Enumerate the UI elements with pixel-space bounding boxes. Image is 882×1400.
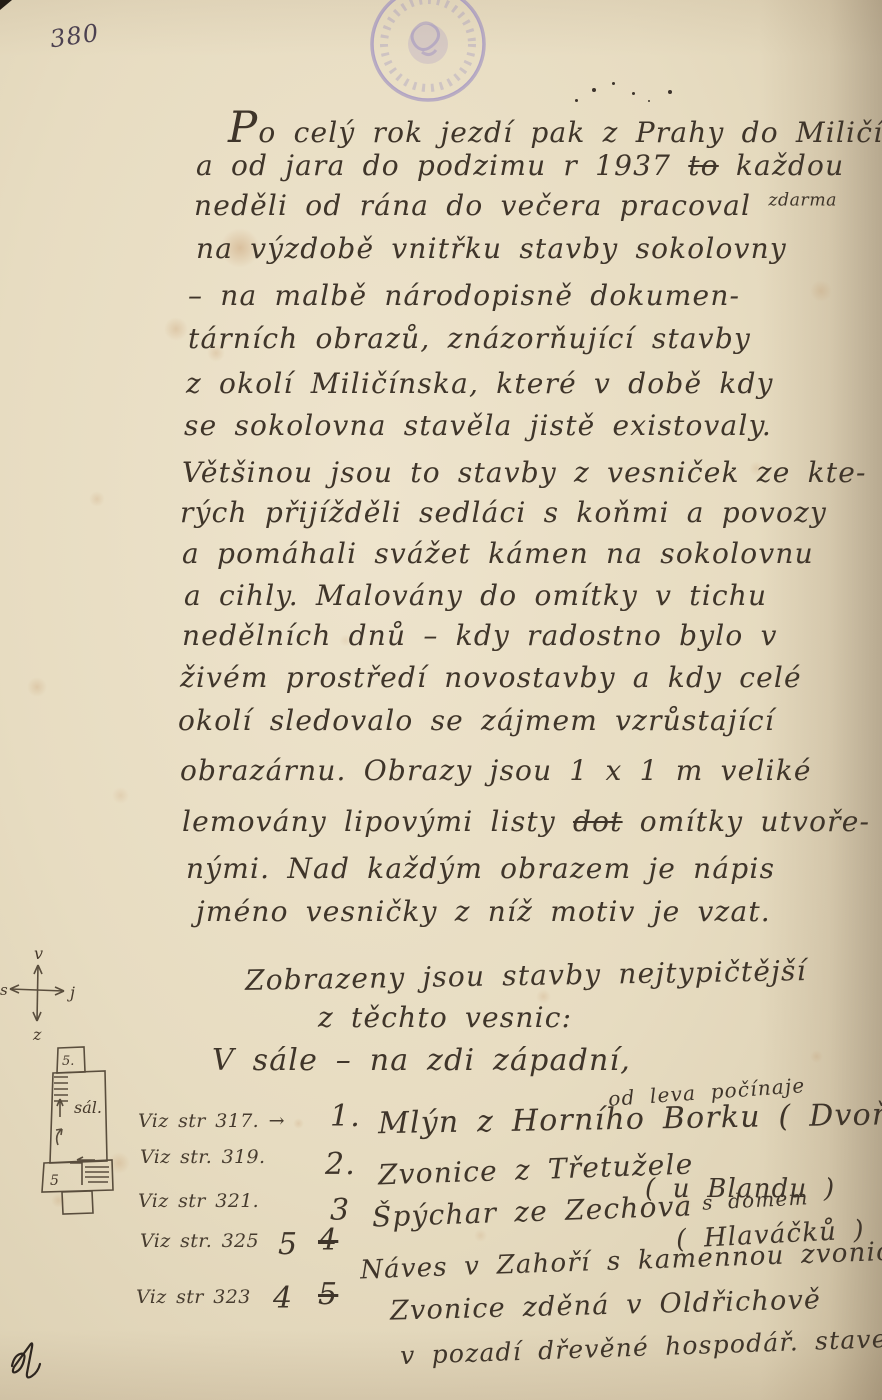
foxing-spot: [89, 491, 105, 507]
compass-label-right: j: [67, 983, 75, 1002]
section-heading: V sále – na zdi západní,: [212, 1046, 631, 1076]
plan-hall-label: sál.: [74, 1098, 102, 1117]
foxing-spot: [474, 1229, 487, 1242]
list-item-number: 4: [273, 1284, 293, 1314]
ink-speck: [575, 99, 578, 102]
corner-monogram: [8, 1338, 54, 1390]
plan-room-label: 5.: [62, 1054, 74, 1069]
list-item-text: Zvonice zděná v Oldřichově: [390, 1286, 822, 1324]
ink-speck: [648, 100, 650, 102]
list-item-struck-number: 4: [318, 1226, 338, 1256]
list-item-number: 2.: [325, 1150, 356, 1180]
centered-line: Zobrazeny jsou stavby nejtypičtější: [245, 957, 807, 995]
margin-note: Viz str 321.: [138, 1192, 259, 1211]
list-item-number: 3: [330, 1196, 350, 1226]
plan-room-label: 5: [50, 1173, 59, 1189]
ink-speck: [668, 90, 672, 94]
manuscript-line: z okolí Miličínska, které v době kdy: [186, 370, 774, 398]
list-item-number: 5: [278, 1230, 298, 1260]
foxing-spot: [810, 1050, 823, 1063]
municipal-stamp-icon: [360, 0, 496, 116]
list-item-aside: s domem: [702, 1187, 810, 1213]
manuscript-line: jméno vesničky z níž motiv je vzat.: [196, 898, 771, 926]
manuscript-line: rých přijížděli sedláci s koňmi a povozy: [180, 499, 827, 527]
list-item-struck-number: 5: [318, 1280, 338, 1310]
manuscript-line: Po celý rok jezdí pak z Prahy do Miličín…: [228, 107, 882, 150]
compass-label-bottom: z: [32, 1025, 42, 1044]
manuscript-line: živém prostředí novostavby a kdy celé: [180, 664, 802, 692]
foxing-spot: [293, 1118, 304, 1129]
compass-label-left: s: [0, 981, 8, 999]
list-item-text: Mlýn z Horního Borku ( Dvořáků ): [378, 1099, 882, 1139]
list-item-text: Náves v Zahoří s kamennou zvonicí: [360, 1239, 882, 1284]
margin-note: Viz str. 325: [140, 1232, 259, 1251]
ink-speck: [592, 88, 596, 92]
foxing-spot: [112, 787, 129, 804]
manuscript-line: a od jara do podzimu r 1937 to každou: [196, 152, 844, 180]
manuscript-line: lemovány lipovými listy dot omítky utvoř…: [182, 808, 870, 836]
scan-edge-artifact: [0, 0, 12, 10]
compass-label-top: v: [34, 945, 43, 963]
manuscript-line: obrazárnu. Obrazy jsou 1 x 1 m veliké: [180, 757, 812, 785]
manuscript-line: se sokolovna stavěla jistě existovaly.: [184, 412, 772, 440]
manuscript-line: – na malbě národopisně dokumen-: [188, 282, 740, 310]
page-number: 380: [49, 21, 101, 52]
list-item-number: 1.: [330, 1102, 361, 1132]
list-item-text: Špýchar ze Zechova: [372, 1192, 693, 1231]
foxing-spot: [810, 280, 832, 302]
manuscript-line: na výzdobě vnitřku stavby sokolovny: [196, 235, 787, 263]
foxing-spot: [27, 677, 47, 697]
manuscript-line: a cihly. Malovány do omítky v tichu: [184, 582, 767, 610]
ink-speck: [612, 82, 615, 85]
manuscript-page: 380 Po celý rok jezdí pak z Prahy do Mil…: [0, 0, 882, 1400]
foxing-spot: [164, 317, 188, 341]
manuscript-line: neděli od rána do večera pracoval zdarma: [194, 192, 837, 220]
margin-note: Viz str 323: [136, 1288, 251, 1307]
list-item-text-continued: v pozadí dřevěné hospodář. stavení.: [400, 1325, 882, 1368]
manuscript-line: nedělních dnů – kdy radostno bylo v: [182, 622, 778, 650]
manuscript-line: Většinou jsou to stavby z vesniček ze kt…: [182, 459, 867, 487]
margin-note: Viz str. 319.: [140, 1148, 265, 1167]
manuscript-line: tárních obrazů, znázorňující stavby: [188, 325, 751, 353]
margin-note: Viz str 317. →: [138, 1112, 285, 1131]
manuscript-line: nými. Nad každým obrazem je nápis: [186, 855, 775, 883]
ink-speck: [632, 92, 635, 95]
centered-line: z těchto vesnic:: [318, 1004, 572, 1032]
manuscript-line: a pomáhali svážet kámen na sokolovnu: [182, 540, 814, 568]
manuscript-line: okolí sledovalo se zájmem vzrůstající: [178, 707, 775, 735]
floor-plan-sketch: v z s j 5. sál. 5: [0, 945, 140, 1225]
